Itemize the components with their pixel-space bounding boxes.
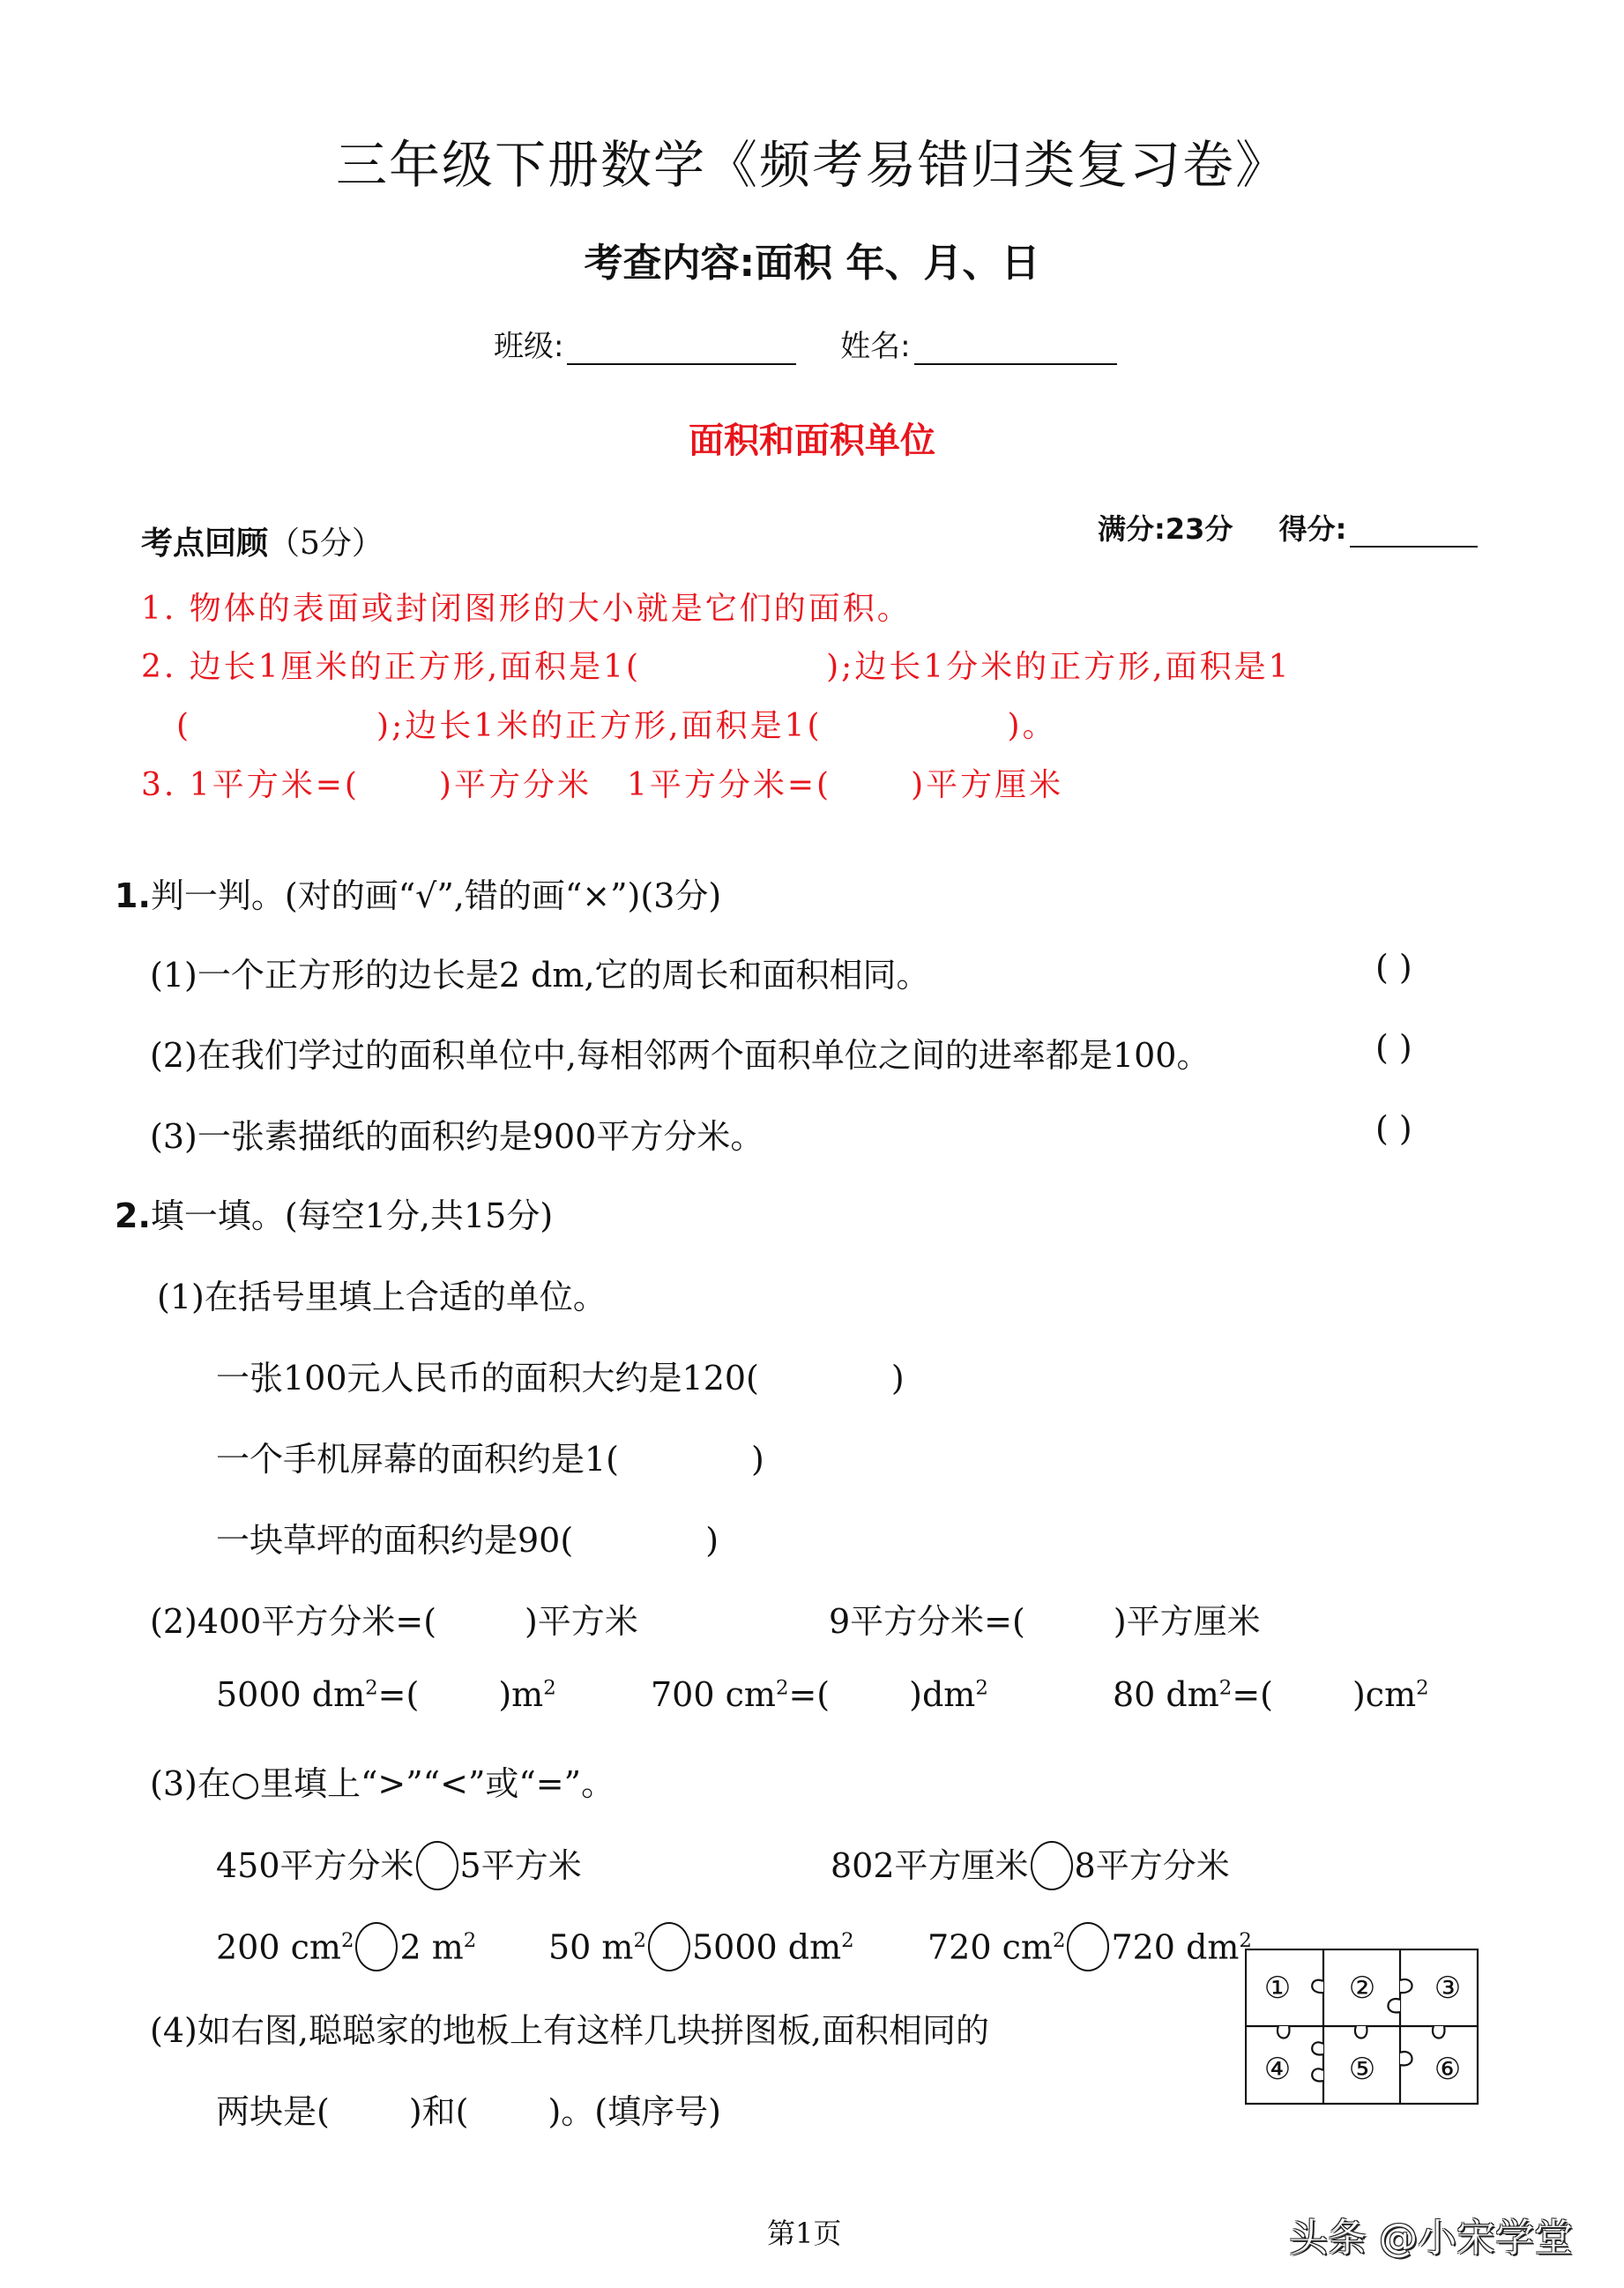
puzzle-figure: ① ② ③ ④ ⑤ ⑥: [1245, 1949, 1479, 2109]
compare-right: 5平方米: [460, 1846, 582, 1885]
superscript: 2: [543, 1676, 556, 1699]
q2-part1-line-1: 一张100元人民币的面积大约是120(): [216, 1351, 905, 1399]
review-item-3-part-b: )平方分米: [439, 767, 592, 803]
score-field[interactable]: [1350, 523, 1478, 548]
compare-right: 8平方分米: [1075, 1846, 1230, 1885]
q1-number: 1.: [115, 876, 151, 915]
compare-item-3: 200 cm22 m2: [216, 1926, 476, 1975]
class-field[interactable]: [567, 337, 796, 365]
line-close: ): [891, 1359, 905, 1397]
review-heading: 考点回顾（5分）: [141, 518, 384, 563]
superscript: 2: [365, 1676, 378, 1699]
line-text: 一块草坪的面积约是90(: [216, 1521, 573, 1560]
full-score: 满分:23分: [1098, 512, 1233, 546]
q1-item-2: (2)在我们学过的面积单位中,每相邻两个面积单位之间的进率都是100。: [150, 1028, 1210, 1077]
watermark: 头条 @小宋学堂: [1289, 2206, 1573, 2262]
q1-header-text: 判一判。(对的画“√”,错的画“×”)(3分): [151, 876, 721, 915]
review-item-2-cont-b: );边长1米的正方形,面积是1(: [376, 708, 822, 744]
puzzle-label-1: ①: [1264, 1971, 1291, 2006]
q2-header: 2.填一填。(每空1分,共15分): [115, 1189, 553, 1237]
compare-item-2: 802平方厘米8平方分米: [831, 1838, 1230, 1894]
compare-circle[interactable]: [355, 1922, 398, 1971]
compare-left: 802平方厘米: [831, 1846, 1029, 1885]
q2-part2-item-5: 80 dm2=()cm2: [1113, 1675, 1429, 1714]
review-item-1: 1. 物体的表面或封闭图形的大小就是它们的面积。: [141, 584, 912, 629]
class-label: 班级:: [494, 329, 563, 364]
compare-circle[interactable]: [648, 1922, 690, 1971]
puzzle-label-3: ③: [1434, 1971, 1461, 2006]
q2-part2-item-2: 9平方分米=()平方厘米: [829, 1594, 1261, 1643]
compare-circle[interactable]: [1067, 1922, 1109, 1971]
line-part-a: 两块是(: [216, 2092, 330, 2131]
item-eq: =(: [378, 1675, 420, 1714]
compare-item-1: 450平方分米5平方米: [216, 1838, 582, 1894]
page-title: 三年级下册数学《频考易错归类复习卷》: [0, 123, 1624, 197]
item-close: )m: [498, 1675, 543, 1714]
compare-right: 2 m: [399, 1928, 463, 1967]
superscript: 2: [1219, 1676, 1233, 1699]
superscript: 2: [464, 1929, 477, 1952]
q2-number: 2.: [115, 1196, 151, 1235]
section-title: 面积和面积单位: [0, 413, 1624, 463]
compare-item-4: 50 m25000 dm2: [548, 1926, 854, 1975]
review-item-3-part-a: 3. 1平方米=(: [141, 767, 360, 803]
superscript: 2: [975, 1676, 988, 1699]
q1-item-1: (1)一个正方形的边长是2 dm,它的周长和面积相同。: [150, 948, 930, 996]
score-label: 得分:: [1279, 512, 1347, 546]
compare-right: 5000 dm: [692, 1928, 841, 1967]
item-pre: 5000 dm: [216, 1675, 365, 1714]
q2-header-text: 填一填。(每空1分,共15分): [151, 1196, 553, 1235]
compare-left: 720 cm: [927, 1928, 1053, 1967]
compare-item-5: 720 cm2720 dm2: [927, 1926, 1252, 1975]
review-points: （5分）: [268, 525, 384, 562]
review-item-2-cont-c: )。: [1008, 708, 1057, 744]
name-field[interactable]: [914, 337, 1117, 365]
q2-part2-item-4: 700 cm2=()dm2: [651, 1675, 988, 1714]
item-close: )dm: [909, 1675, 975, 1714]
q2-part4-line-2: 两块是()和()。(填序号): [216, 2084, 721, 2133]
item-pre: 700 cm: [651, 1675, 776, 1714]
item-close: )平方米: [525, 1602, 638, 1641]
name-label: 姓名:: [840, 329, 910, 364]
review-item-3-part-c: 1平方分米=(: [627, 767, 831, 803]
superscript: 2: [841, 1929, 854, 1952]
q1-item-2-answer[interactable]: ( ): [1375, 1028, 1412, 1067]
item-pre: 80 dm: [1113, 1675, 1219, 1714]
line-close: ): [705, 1521, 719, 1560]
q2-part2-item-1: (2)400平方分米=()平方米: [150, 1594, 638, 1643]
superscript: 2: [633, 1929, 646, 1952]
q2-part2-item-3: 5000 dm2=()m2: [216, 1675, 556, 1714]
q2-part1-label: (1)在括号里填上合适的单位。: [157, 1270, 607, 1318]
line-part-c: )。(填序号): [548, 2092, 720, 2131]
q2-part3-label: (3)在○里填上“>”“<”或“=”。: [150, 1756, 615, 1805]
item-eq: =(: [1232, 1675, 1273, 1714]
page-number: 第1页: [767, 2211, 841, 2252]
review-item-2-part-a: 2. 边长1厘米的正方形,面积是1(: [141, 649, 641, 685]
superscript: 2: [341, 1929, 354, 1952]
review-item-2-part-b: );边长1分米的正方形,面积是1: [826, 649, 1291, 685]
review-item-2: 2. 边长1厘米的正方形,面积是1();边长1分米的正方形,面积是1: [141, 642, 1292, 687]
compare-circle[interactable]: [416, 1841, 458, 1890]
q1-item-3-answer[interactable]: ( ): [1375, 1109, 1412, 1148]
puzzle-board-icon: ① ② ③ ④ ⑤ ⑥: [1245, 1949, 1479, 2105]
puzzle-label-6: ⑥: [1434, 2052, 1461, 2087]
superscript: 2: [1053, 1929, 1066, 1952]
review-item-3: 3. 1平方米=()平方分米1平方分米=()平方厘米: [141, 760, 1063, 805]
puzzle-label-2: ②: [1349, 1971, 1375, 2006]
review-label: 考点回顾: [141, 525, 268, 562]
puzzle-label-5: ⑤: [1349, 2052, 1375, 2087]
item-close: )平方厘米: [1114, 1602, 1261, 1641]
q2-part1-line-3: 一块草坪的面积约是90(): [216, 1513, 719, 1561]
item-eq: =(: [788, 1675, 830, 1714]
compare-left: 50 m: [548, 1928, 633, 1967]
q2-part4-line-1: (4)如右图,聪聪家的地板上有这样几块拼图板,面积相同的: [150, 2003, 989, 2052]
compare-right: 720 dm: [1111, 1928, 1239, 1967]
compare-left: 450平方分米: [216, 1846, 414, 1885]
line-close: ): [751, 1440, 764, 1479]
puzzle-label-4: ④: [1264, 2052, 1291, 2087]
line-text: 一个手机屏幕的面积约是1(: [216, 1440, 619, 1479]
score-box: 满分:23分 得分:: [1098, 507, 1478, 548]
q1-item-3: (3)一张素描纸的面积约是900平方分米。: [150, 1109, 764, 1158]
line-part-b: )和(: [409, 2092, 469, 2131]
q2-part1-line-2: 一个手机屏幕的面积约是1(): [216, 1432, 764, 1480]
item-close: )cm: [1352, 1675, 1416, 1714]
compare-left: 200 cm: [216, 1928, 341, 1967]
superscript: 2: [1416, 1676, 1429, 1699]
student-info-line: 班级: 姓名:: [494, 322, 1117, 365]
item-text: (2)400平方分米=(: [150, 1602, 436, 1641]
exam-subtitle: 考查内容:面积 年、月、日: [0, 231, 1624, 287]
review-item-2-cont: ();边长1米的正方形,面积是1()。: [176, 701, 1057, 746]
q1-header: 1.判一判。(对的画“√”,错的画“×”)(3分): [115, 868, 721, 917]
superscript: 2: [776, 1676, 789, 1699]
compare-circle[interactable]: [1031, 1841, 1073, 1890]
line-text: 一张100元人民币的面积大约是120(: [216, 1359, 759, 1397]
q1-item-1-answer[interactable]: ( ): [1375, 948, 1412, 987]
review-item-3-part-d: )平方厘米: [911, 767, 1063, 803]
item-text: 9平方分米=(: [829, 1602, 1025, 1641]
review-item-2-cont-a: (: [176, 708, 191, 744]
